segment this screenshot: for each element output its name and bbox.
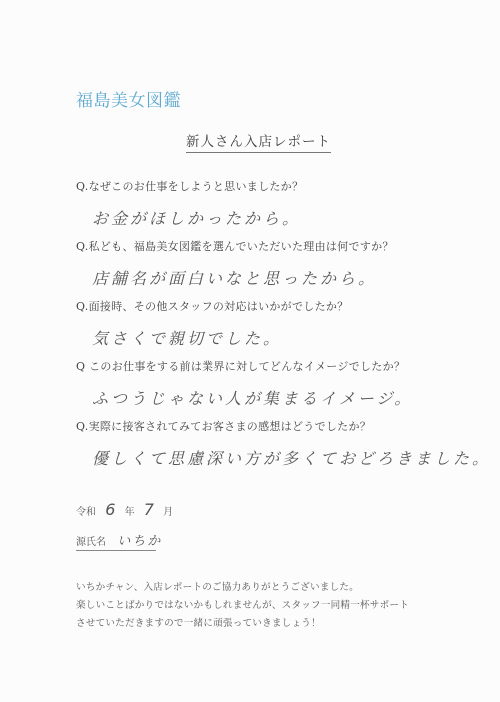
year-label: 年 <box>125 507 135 518</box>
closing-line: 楽しいことばかりではないかもしれませんが、スタッフ一同精一杯サポート <box>76 597 409 615</box>
qa-item: Q.なぜこのお仕事をしようと思いましたか？ お金がほしかったから。 <box>76 178 456 229</box>
month-label: 月 <box>163 507 173 518</box>
question-text: Q.私ども、福島美女図鑑を選んでいただいた理由は何ですか？ <box>76 238 456 254</box>
closing-line: させていただきますので一緒に頑張っていきましょう！ <box>76 615 409 633</box>
question-text: Q.面接時、その他スタッフの対応はいかがでしたか？ <box>76 298 456 314</box>
handwritten-answer: 店舗名が面白いなと思ったから。 <box>92 266 456 289</box>
qa-item: Q このお仕事をする前は業界に対してどんなイメージでしたか？ ふつうじゃない人が… <box>76 358 456 409</box>
qa-item: Q.面接時、その他スタッフの対応はいかがでしたか？ 気さくで親切でした。 <box>76 298 456 349</box>
question-text: Q.実際に接客されてみてお客さまの感想はどうでしたか？ <box>76 418 456 434</box>
handwritten-month: 7 <box>144 500 154 519</box>
handwritten-answer: 優しくて思慮深い方が多くておどろきました。 <box>92 446 456 469</box>
question-text: Q このお仕事をする前は業界に対してどんなイメージでしたか？ <box>76 358 456 374</box>
brand-title: 福島美女図鑑 <box>76 86 181 111</box>
date-line: 令和 6 年 7 月 <box>76 500 173 519</box>
stage-name-label: 源氏名 <box>76 537 106 548</box>
question-text: Q.なぜこのお仕事をしようと思いましたか？ <box>76 178 456 194</box>
closing-message: いちかチャン、入店レポートのご協力ありがとうございました。 楽しいことばかりでは… <box>76 579 409 633</box>
stage-name-line: 源氏名 いちか <box>76 530 156 551</box>
handwritten-answer: ふつうじゃない人が集まるイメージ。 <box>92 386 456 409</box>
era-label: 令和 <box>76 507 96 518</box>
handwritten-answer: 気さくで親切でした。 <box>92 326 456 349</box>
report-page: 福島美女図鑑 新人さん入店レポート Q.なぜこのお仕事をしようと思いましたか？ … <box>0 0 500 702</box>
qa-item: Q.私ども、福島美女図鑑を選んでいただいた理由は何ですか？ 店舗名が面白いなと思… <box>76 238 456 289</box>
handwritten-year: 6 <box>105 500 115 519</box>
closing-line: いちかチャン、入店レポートのご協力ありがとうございました。 <box>76 579 409 597</box>
qa-item: Q.実際に接客されてみてお客さまの感想はどうでしたか？ 優しくて思慮深い方が多く… <box>76 418 456 469</box>
report-title: 新人さん入店レポート <box>186 130 331 153</box>
handwritten-answer: お金がほしかったから。 <box>92 206 456 229</box>
handwritten-stage-name: いちか <box>117 534 162 549</box>
